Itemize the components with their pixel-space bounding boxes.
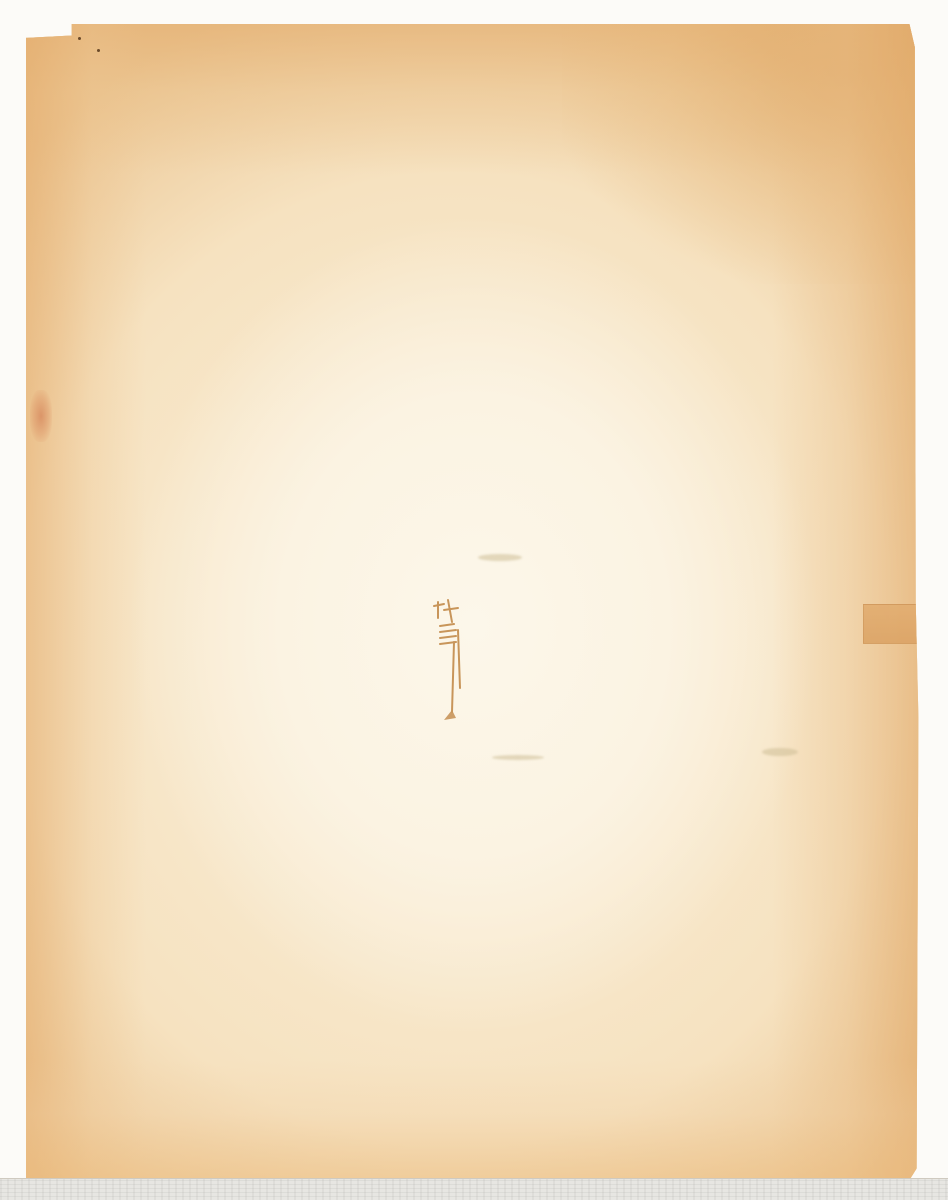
- right-edge-toning: [772, 24, 922, 1180]
- left-edge-toning: [26, 24, 146, 1180]
- smudge-mark: [762, 748, 798, 756]
- table-surface: [0, 1178, 948, 1200]
- photo-scene: C H Elliott: [0, 0, 948, 1200]
- smudge-mark: [478, 554, 522, 561]
- bottom-edge-toning: [26, 1060, 922, 1180]
- foxing-spot: [30, 390, 52, 442]
- dirt-speck: [97, 49, 100, 52]
- smudge-mark: [492, 755, 544, 760]
- dirt-speck: [78, 37, 81, 40]
- signature-mark: C H Elliott: [430, 592, 490, 722]
- aged-paper-sheet: C H Elliott: [26, 24, 922, 1180]
- tape-remnant: [863, 604, 923, 644]
